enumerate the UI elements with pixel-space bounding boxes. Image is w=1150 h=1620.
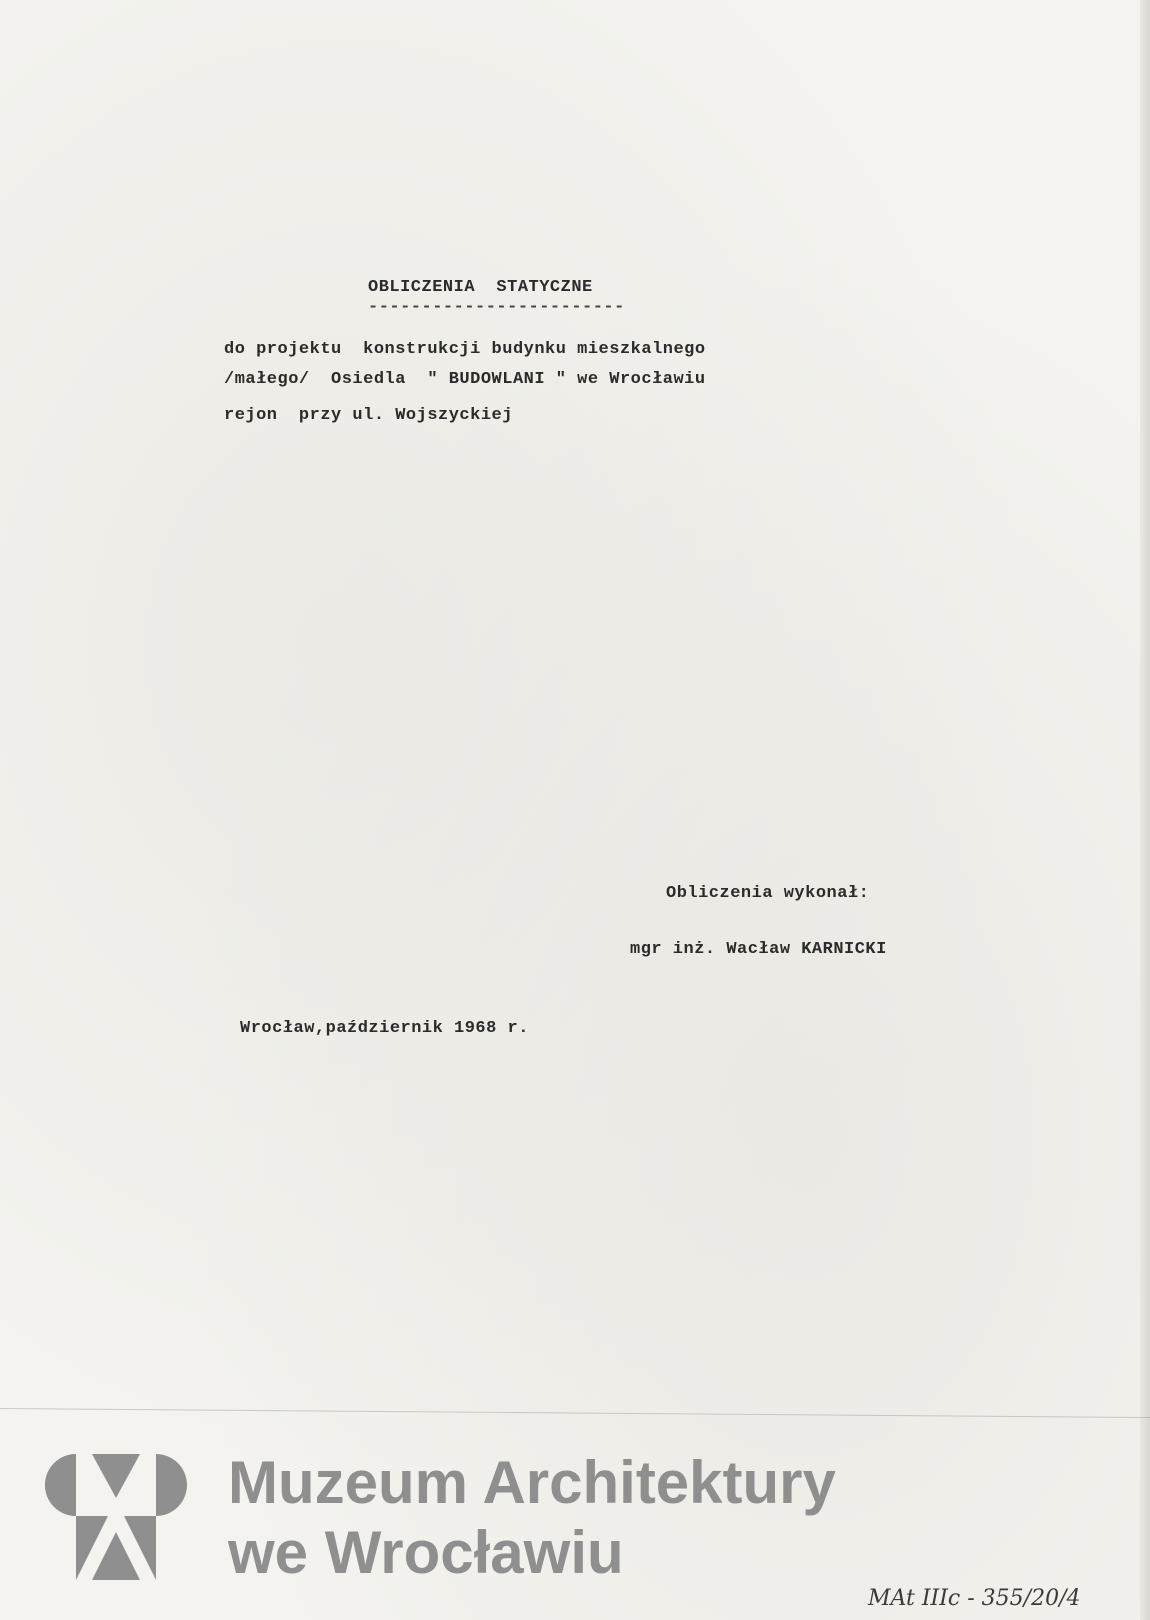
catalog-note: MAt IIIc - 355/20/4 bbox=[868, 1586, 1080, 1611]
title-underline: ------------------------ bbox=[368, 298, 625, 317]
museum-logo-icon bbox=[36, 1454, 196, 1580]
subtitle-line-1: do projektu konstrukcji budynku mieszkal… bbox=[224, 340, 706, 359]
author-label: Obliczenia wykonał: bbox=[666, 884, 869, 903]
subtitle-line-2: /małego/ Osiedla " BUDOWLANI " we Wrocła… bbox=[224, 370, 706, 389]
museum-name-line-1: Muzeum Architektury bbox=[228, 1448, 836, 1518]
document-page bbox=[0, 0, 1150, 1620]
subtitle-line-3: rejon przy ul. Wojszyckiej bbox=[224, 406, 513, 425]
author-name: mgr inż. Wacław KARNICKI bbox=[630, 940, 887, 959]
museum-name-line-2: we Wrocławiu bbox=[228, 1518, 836, 1588]
museum-name: Muzeum Architektury we Wrocławiu bbox=[228, 1448, 836, 1588]
document-title: OBLICZENIA STATYCZNE bbox=[368, 278, 593, 297]
page-edge bbox=[1140, 0, 1150, 1620]
place-date: Wrocław,październik 1968 r. bbox=[240, 1019, 529, 1038]
